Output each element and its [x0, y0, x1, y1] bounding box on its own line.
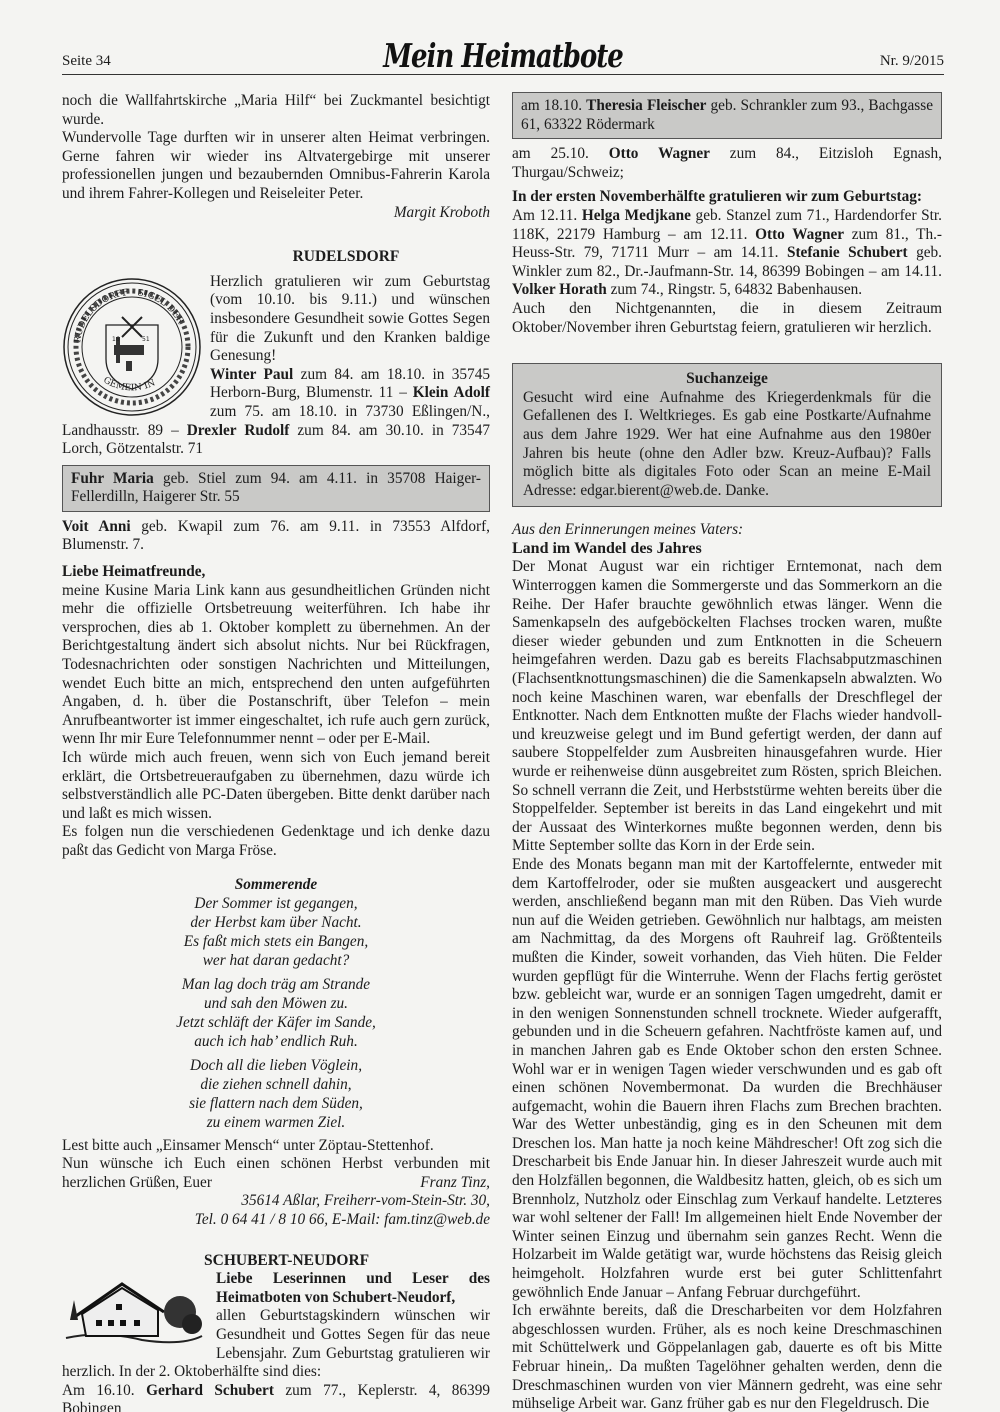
- search-ad-box: Suchanzeige Gesucht wird eine Aufnahme d…: [512, 363, 942, 507]
- newsletter-page: Seite 34 Mein Heimatbote Nr. 9/2015 noch…: [0, 0, 1000, 1412]
- author-contact: Tel. 0 64 41 / 8 10 66, E-Mail: fam.tinz…: [62, 1211, 490, 1230]
- birthday-name: Winter Paul: [210, 366, 293, 383]
- poem-stanza: Doch all die lieben Vöglein, die ziehen …: [62, 1056, 490, 1132]
- left-column: noch die Wallfahrtskirche „Maria Hilf“ b…: [62, 92, 490, 1412]
- november-closing: Auch den Nichtgenannten, die in diesem Z…: [512, 300, 942, 337]
- intro-paragraph-1: noch die Wallfahrtskirche „Maria Hilf“ b…: [62, 92, 490, 129]
- poem-stanza: Der Sommer ist gegangen, der Herbst kam …: [62, 894, 490, 970]
- page-number: Seite 34: [62, 53, 111, 70]
- svg-text:51: 51: [142, 336, 150, 343]
- article-paragraph-3: Ich erwähnte bereits, daß die Drescharbe…: [512, 1302, 942, 1412]
- intro-paragraph-2: Wundervolle Tage durften wir in unserer …: [62, 129, 490, 203]
- letter-paragraph-3: Es folgen nun die verschiedenen Gedenkta…: [62, 823, 490, 860]
- birthday-name: Klein Adolf: [413, 384, 490, 401]
- intro-author: Margit Kroboth: [62, 204, 490, 223]
- search-ad-title: Suchanzeige: [523, 370, 931, 389]
- section-heading-schubert-neudorf: SCHUBERT-NEUDORF: [62, 1252, 490, 1271]
- farmhouse-illustration-icon: [62, 1280, 208, 1350]
- birthday-name: Helga Medjkane: [582, 207, 691, 224]
- schubert-section: Liebe Leserinnen und Leser des Heimatbot…: [62, 1270, 490, 1412]
- section-heading-rudelsdorf: RUDELSDORF: [62, 248, 490, 267]
- page-header: Seite 34 Mein Heimatbote Nr. 9/2015: [62, 28, 944, 75]
- november-birthdays: Am 12.11. Helga Medjkane geb. Stanzel zu…: [512, 207, 942, 300]
- letter-salutation: Liebe Heimatfreunde,: [62, 563, 490, 582]
- poem-title: Sommerende: [62, 875, 490, 894]
- article-paragraph-1: Der Monat August war ein richtiger Ernte…: [512, 558, 942, 856]
- highlighted-birthday-box: Fuhr Maria geb. Stiel zum 94. am 4.11. i…: [62, 465, 490, 512]
- article-paragraph-2: Ende des Monats begann man mit der Karto…: [512, 856, 942, 1302]
- masthead-logo: Mein Heimatbote: [383, 38, 623, 76]
- november-heading: In der ersten Novemberhälfte gratulieren…: [512, 188, 942, 207]
- letter-paragraph-2: Ich würde mich auch freuen, wenn sich vo…: [62, 749, 490, 823]
- signature: Franz Tinz,: [420, 1174, 490, 1193]
- closing-paragraph-2: Nun wünsche ich Euch einen schönen Herbs…: [62, 1155, 490, 1192]
- search-ad-text: Gesucht wird eine Aufnahme des Kriegerde…: [523, 389, 931, 501]
- birthday-entry: Am 16.10. Gerhard Schubert zum 77., Kepl…: [62, 1382, 490, 1412]
- birthday-name: Theresia Fleischer: [586, 97, 706, 114]
- birthday-name: Stefanie Schubert: [787, 244, 908, 261]
- letter-paragraph-1: meine Kusine Maria Link kann aus gesundh…: [62, 582, 490, 749]
- birthday-name: Volker Horath: [512, 281, 607, 298]
- article-kicker: Aus den Erinnerungen meines Vaters:: [512, 521, 942, 540]
- article-title: Land im Wandel des Jahres: [512, 540, 942, 559]
- poem-stanza: Man lag doch träg am Strande und sah den…: [62, 975, 490, 1051]
- issue-number: Nr. 9/2015: [880, 53, 944, 70]
- birthday-name: Voit Anni: [62, 518, 131, 535]
- birthday-name: Otto Wagner: [609, 145, 710, 162]
- town-seal-icon: 16 51 RUDELSDORFF · SIGEL DER GEMEIN IN: [62, 277, 202, 417]
- birthday-entry: Voit Anni geb. Kwapil zum 76. am 9.11. i…: [62, 518, 490, 555]
- closing-paragraph-1: Lest bitte auch „Einsamer Mensch“ unter …: [62, 1137, 490, 1156]
- svg-text:RUDELSDORFF · SIGEL DER: RUDELSDORFF · SIGEL DER: [73, 288, 185, 343]
- poem: Sommerende Der Sommer ist gegangen, der …: [62, 875, 490, 1132]
- rudelsdorf-section: 16 51 RUDELSDORFF · SIGEL DER GEMEIN IN …: [62, 273, 490, 459]
- birthday-entry: am 25.10. Otto Wagner zum 84., Eitzisloh…: [512, 145, 942, 182]
- birthday-name: Gerhard Schubert: [146, 1382, 274, 1399]
- author-address: 35614 Aßlar, Freiherr-vom-Stein-Str. 30,: [62, 1192, 490, 1211]
- right-column: am 18.10. Theresia Fleischer geb. Schran…: [512, 92, 942, 1412]
- birthday-name: Drexler Rudolf: [187, 422, 290, 439]
- highlighted-birthday-box: am 18.10. Theresia Fleischer geb. Schran…: [512, 92, 942, 139]
- birthday-name: Otto Wagner: [755, 226, 844, 243]
- birthday-name: Fuhr Maria: [71, 470, 154, 487]
- svg-text:GEMEIN IN: GEMEIN IN: [101, 375, 157, 393]
- svg-text:16: 16: [112, 336, 120, 343]
